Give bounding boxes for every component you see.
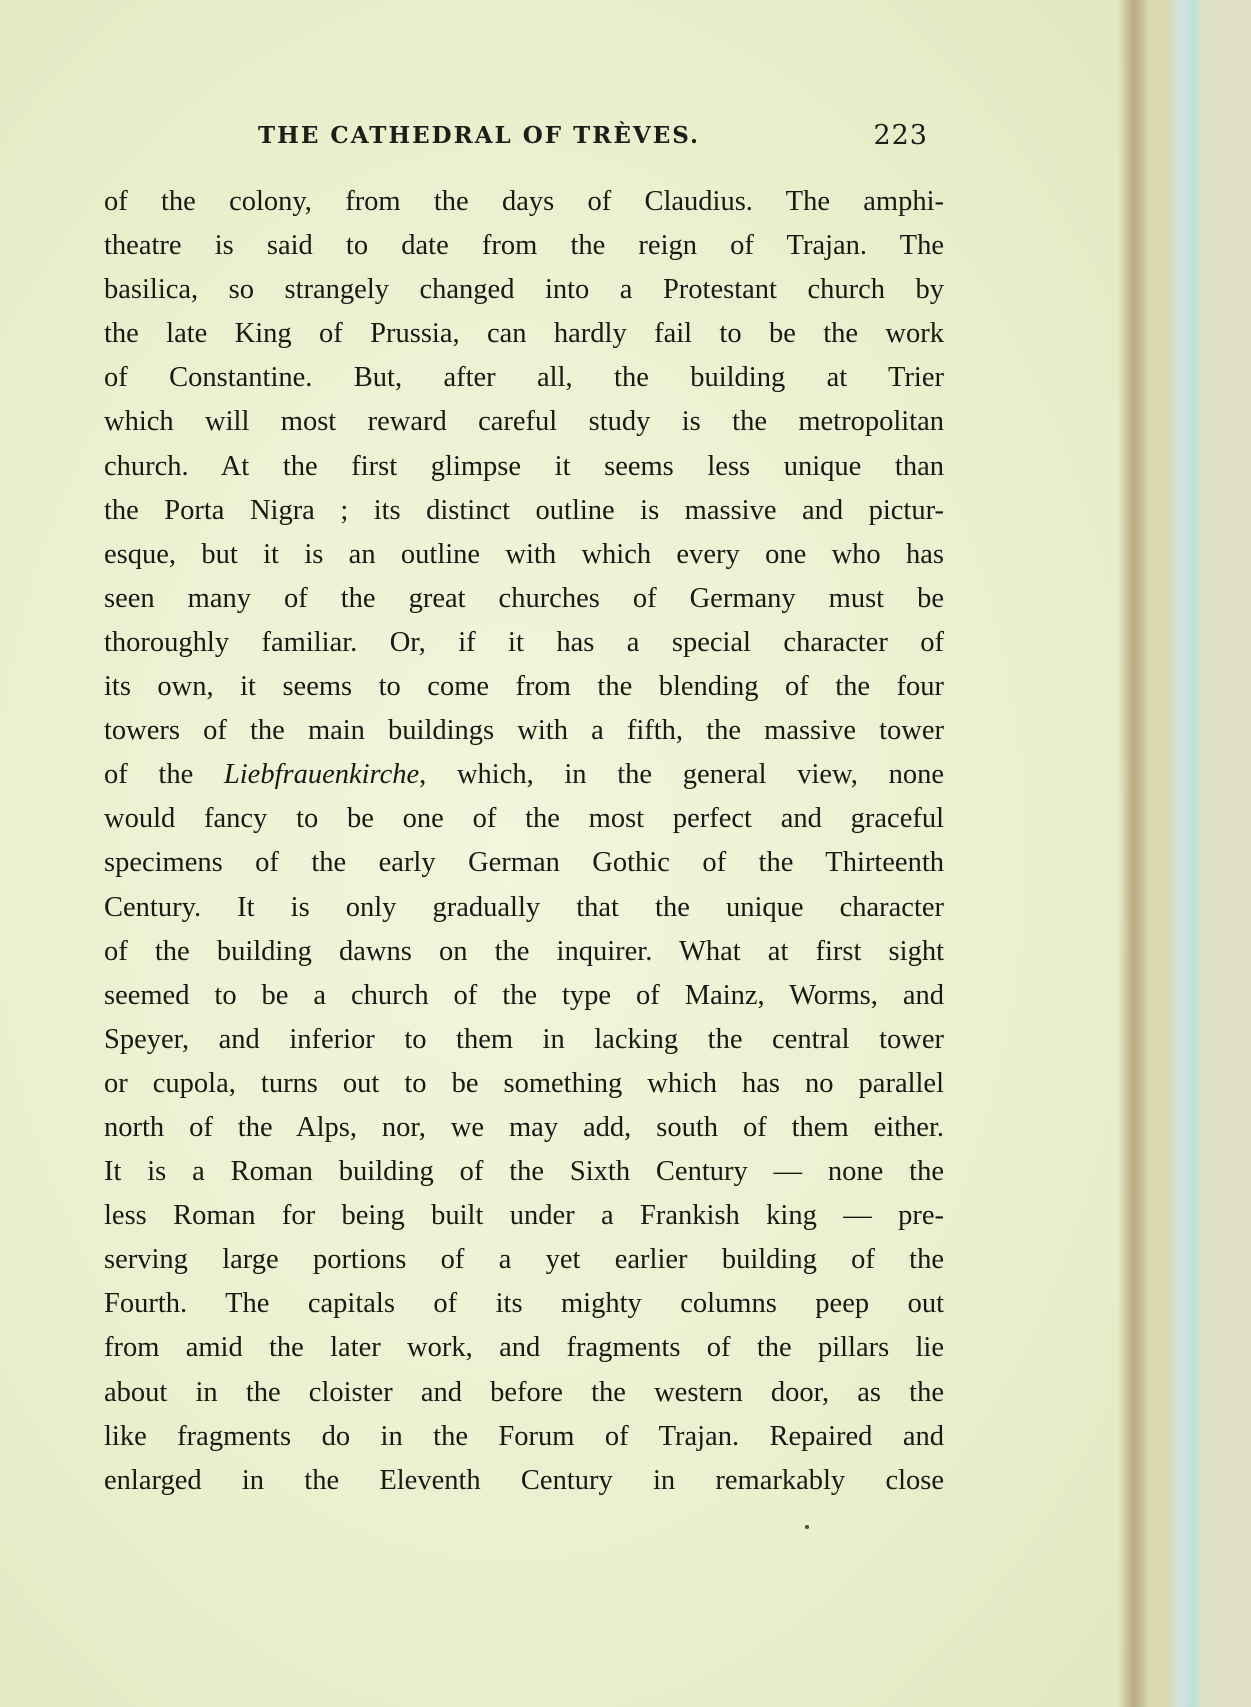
body-text: of the colony, from the days of Claudius… [104, 180, 944, 1503]
page-gutter-shadow [1118, 0, 1148, 1707]
text-line: less Roman for being built under a Frank… [104, 1194, 944, 1238]
text-line: Speyer, and inferior to them in lacking … [104, 1018, 944, 1062]
text-line: basilica, so strangely changed into a Pr… [104, 268, 944, 312]
text-line: Century. It is only gradually that the u… [104, 886, 944, 930]
text-line: esque, but it is an outline with which e… [104, 533, 944, 577]
text-line: would fancy to be one of the most perfec… [104, 797, 944, 841]
text-line: thoroughly familiar. Or, if it has a spe… [104, 621, 944, 665]
page-edge-stack [1170, 0, 1202, 1707]
text-line: of the colony, from the days of Claudius… [104, 180, 944, 224]
text-line: the Porta Nigra ; its distinct outline i… [104, 489, 944, 533]
text-line: enlarged in the Eleventh Century in rema… [104, 1459, 944, 1503]
text-line: seen many of the great churches of Germa… [104, 577, 944, 621]
text-segment: of the [104, 759, 224, 790]
text-line-with-italic: of the Liebfrauenkirche, which, in the g… [104, 753, 944, 797]
text-line: theatre is said to date from the reign o… [104, 224, 944, 268]
text-line: about in the cloister and before the wes… [104, 1371, 944, 1415]
text-line: of Constantine. But, after all, the buil… [104, 356, 944, 400]
text-line: specimens of the early German Gothic of … [104, 841, 944, 885]
text-line: seemed to be a church of the type of Mai… [104, 974, 944, 1018]
text-line: which will most reward careful study is … [104, 400, 944, 444]
text-line: church. At the first glimpse it seems le… [104, 445, 944, 489]
text-line: from amid the later work, and fragments … [104, 1326, 944, 1370]
text-line: north of the Alps, nor, we may add, sout… [104, 1106, 944, 1150]
running-title: THE CATHEDRAL OF TRÈVES. [258, 122, 700, 149]
text-line: serving large portions of a yet earlier … [104, 1238, 944, 1282]
text-line: of the building dawns on the inquirer. W… [104, 930, 944, 974]
text-segment: , which, in the general view, none [419, 759, 944, 790]
text-line: the late King of Prussia, can hardly fai… [104, 312, 944, 356]
text-line: or cupola, turns out to be something whi… [104, 1062, 944, 1106]
text-line: like fragments do in the Forum of Trajan… [104, 1415, 944, 1459]
ink-speck [805, 1525, 809, 1529]
italic-term-liebfrauenkirche: Liebfrauenkirche [224, 759, 419, 790]
page-number: 223 [873, 120, 928, 151]
text-line: Fourth. The capitals of its mighty colum… [104, 1282, 944, 1326]
text-line: its own, it seems to come from the blend… [104, 665, 944, 709]
text-line: towers of the main buildings with a fift… [104, 709, 944, 753]
text-line: It is a Roman building of the Sixth Cent… [104, 1150, 944, 1194]
background-surface [1202, 0, 1251, 1707]
